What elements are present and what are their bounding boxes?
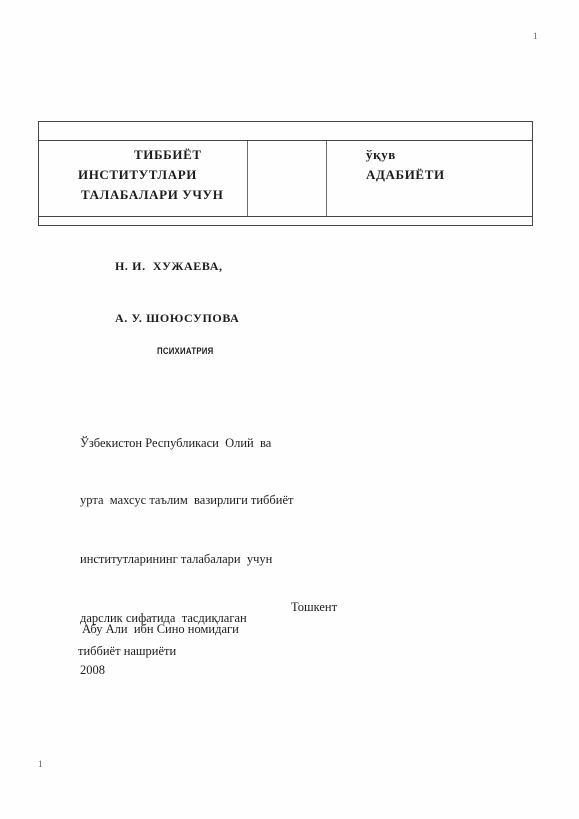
header-table-bottom-row [39,216,532,225]
imprint-year: 2008 [80,663,105,678]
approval-line-1: Ўзбекистон Республикаси Олий ва [80,434,293,453]
author-name-1: Н. И. ХУЖАЕВА, [115,259,223,274]
page-number-bottom: 1 [38,759,43,769]
left-cell-line-2: ИНСТИТУТЛАРИ [39,165,247,185]
header-table-left-cell: ТИББИЁТ ИНСТИТУТЛАРИ ТАЛАБАЛАРИ УЧУН [39,141,248,216]
imprint-city: Тошкент [291,600,337,615]
imprint-publisher-line-1: Абу Али ибн Сино номидаги [82,622,239,637]
imprint-publisher-line-2: тиббиёт нашриёти [78,644,176,659]
left-cell-line-3: ТАЛАБАЛАРИ УЧУН [39,185,247,205]
header-table-middle-cell [248,141,327,216]
approval-line-3: институтларининг талабалари учун [80,550,293,569]
header-table-right-cell: ўқув АДАБИЁТИ [327,141,532,216]
right-cell-line-1: ўқув [327,145,532,165]
author-name-2: А. У. ШОЮСУПОВА [115,311,239,326]
header-table: ТИББИЁТ ИНСТИТУТЛАРИ ТАЛАБАЛАРИ УЧУН ўқу… [38,121,533,226]
header-table-top-row [39,122,532,141]
book-title: ПСИХИАТРИЯ [157,346,213,357]
approval-line-2: урта махсус таълим вазирлиги тиббиёт [80,491,293,510]
header-table-middle-row: ТИББИЁТ ИНСТИТУТЛАРИ ТАЛАБАЛАРИ УЧУН ўқу… [39,141,532,216]
page-number-top: 1 [533,31,538,41]
right-cell-line-2: АДАБИЁТИ [327,165,532,185]
document-page: 1 ТИББИЁТ ИНСТИТУТЛАРИ ТАЛАБАЛАРИ УЧУН ў… [0,0,579,819]
left-cell-line-1: ТИББИЁТ [39,145,247,165]
